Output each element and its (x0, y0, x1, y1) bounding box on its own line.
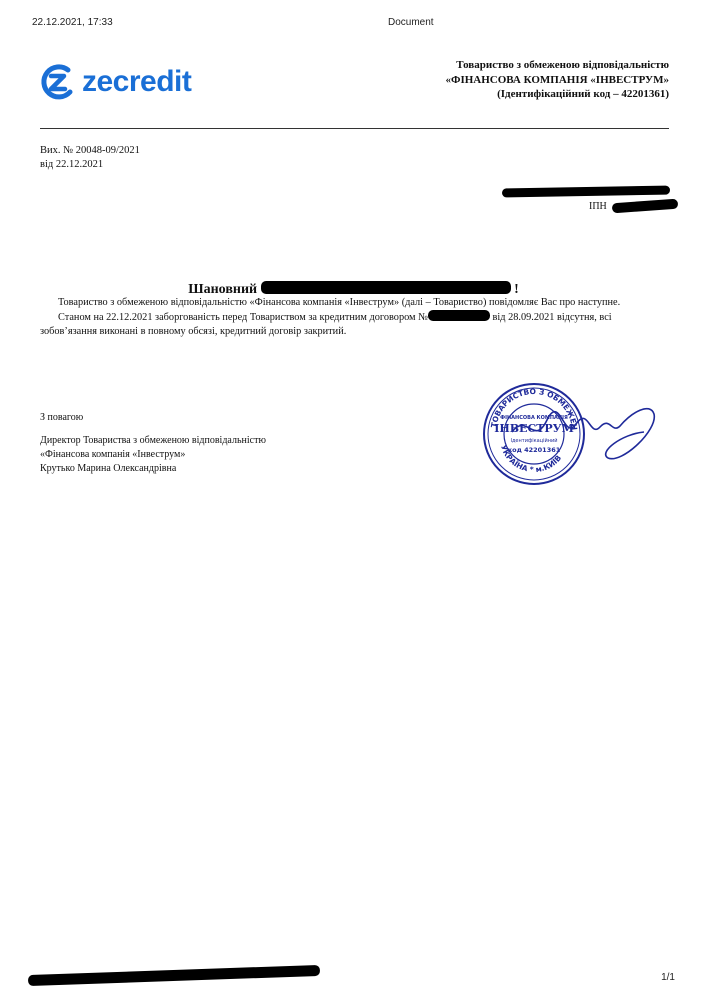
company-stamp-and-signature: ТОВАРИСТВО З ОБМЕЖЕНОЮ ВІДПОВІДАЛЬНІСТЮ … (472, 372, 672, 498)
regards: З повагою (40, 412, 83, 423)
greeting-prefix: Шановний (188, 282, 257, 297)
company-block: Товариство з обмеженою відповідальністю … (446, 58, 670, 102)
paragraph-2-start: Станом на 22.12.2021 заборгованість пере… (58, 312, 428, 323)
signatory-name: Крутько Марина Олександрівна (40, 462, 266, 476)
ipn-label: ІПН (589, 201, 607, 212)
redacted-recipient-fullname (261, 281, 511, 294)
redacted-recipient-name (502, 186, 670, 198)
paragraph-1: Товариство з обмеженою відповідальністю … (40, 296, 640, 310)
print-datetime: 22.12.2021, 17:33 (32, 17, 113, 28)
print-title: Document (388, 17, 434, 28)
greeting-suffix: ! (514, 282, 519, 297)
stamp-inner-4: код 42201361 (508, 446, 561, 454)
company-line-2: «ФІНАНСОВА КОМПАНІЯ «ІНВЕСТРУМ» (446, 73, 670, 88)
reference-block: Вих. № 20048-09/2021 від 22.12.2021 (40, 144, 140, 172)
zecredit-logo-icon (40, 62, 76, 102)
signatory-position-1: Директор Товариства з обмеженою відповід… (40, 434, 266, 448)
stamp-inner-1: ФІНАНСОВА КОМПАНІЯ (500, 415, 568, 421)
reference-date: від 22.12.2021 (40, 158, 140, 172)
stamp-inner-2: ІНВЕСТРУМ (494, 422, 574, 435)
signatory-block: Директор Товариства з обмеженою відповід… (40, 434, 266, 476)
logo-text: zecredit (82, 65, 191, 99)
redacted-contract-number (428, 310, 490, 321)
signatory-position-2: «Фінансова компанія «Інвеструм» (40, 448, 266, 462)
redacted-footer-url (28, 965, 320, 986)
letter-body: Товариство з обмеженою відповідальністю … (40, 296, 640, 339)
stamp-inner-3: Ідентифікаційний (511, 437, 558, 444)
company-logo: zecredit (40, 62, 191, 102)
paragraph-2: Станом на 22.12.2021 заборгованість пере… (40, 310, 640, 339)
page-number: 1/1 (661, 972, 675, 983)
redacted-ipn (612, 199, 679, 214)
company-id-code: (Ідентифікаційний код – 42201361) (446, 87, 670, 102)
reference-number: Вих. № 20048-09/2021 (40, 144, 140, 158)
company-line-1: Товариство з обмеженою відповідальністю (446, 58, 670, 73)
header-divider (40, 128, 669, 129)
